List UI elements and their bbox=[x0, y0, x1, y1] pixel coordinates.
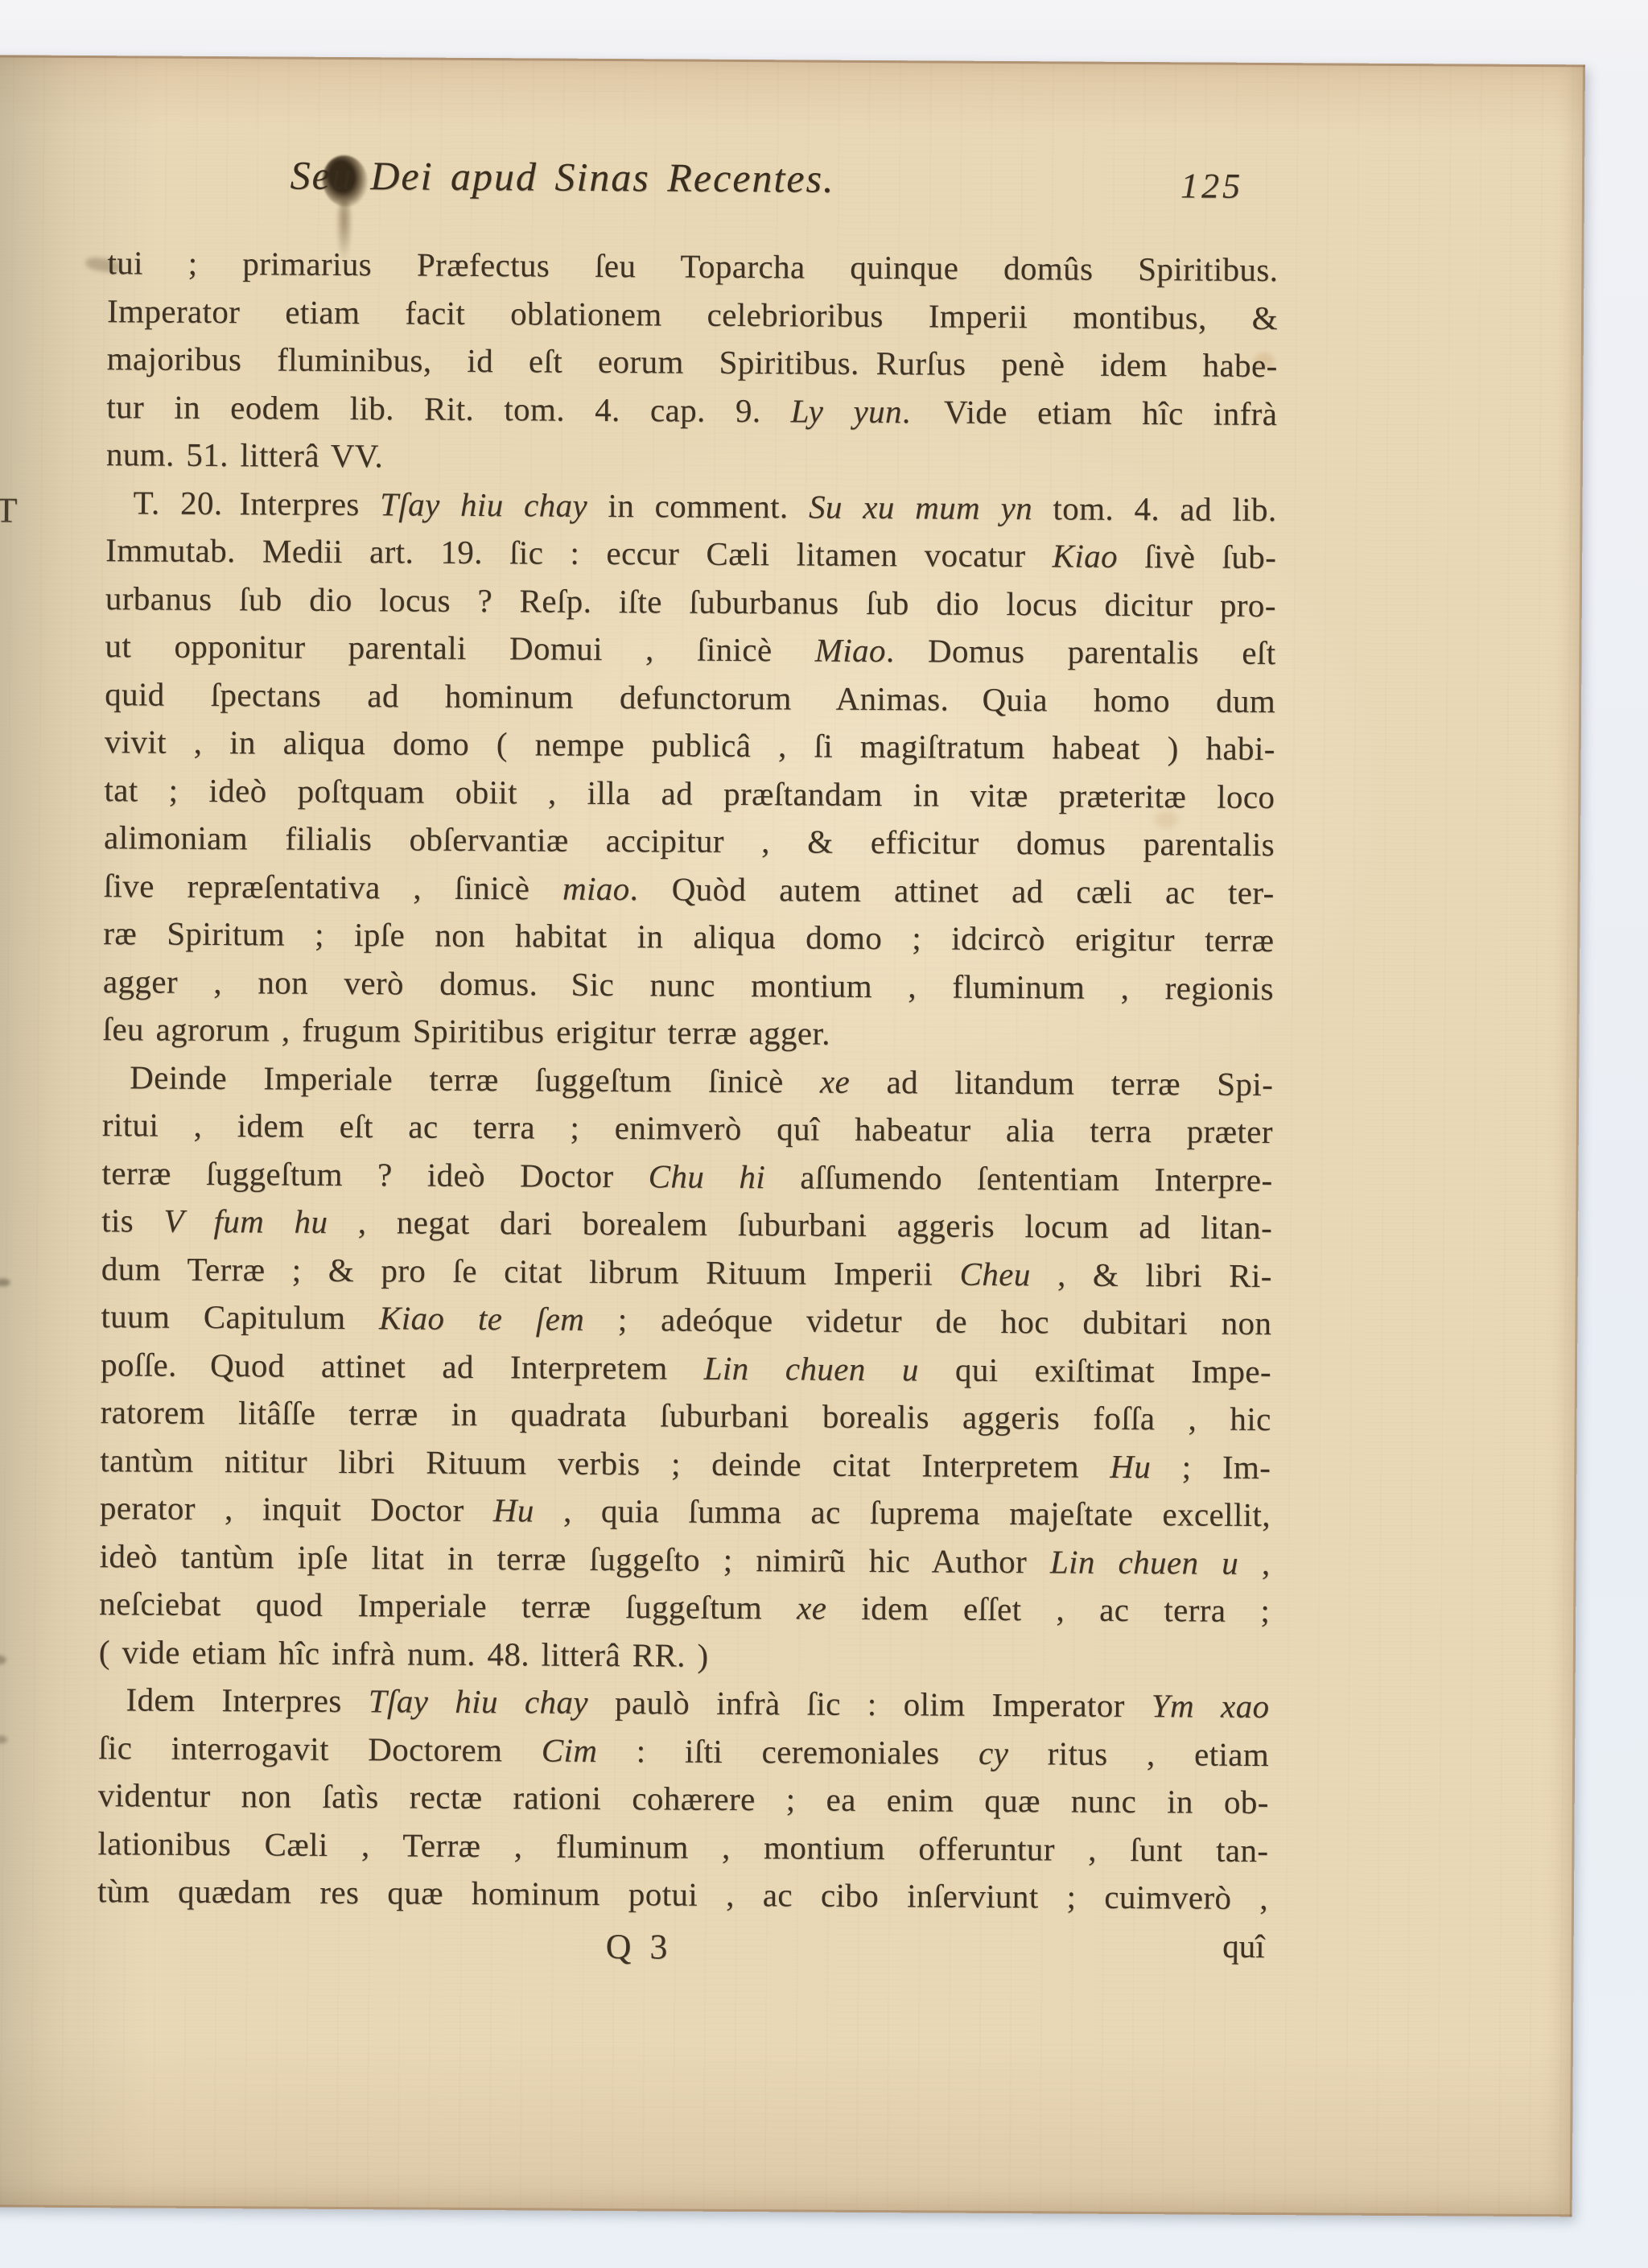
body-line: tat ; ideò poſtquam obiit , illa ad præſ… bbox=[104, 769, 1275, 824]
margin-letter: T bbox=[0, 489, 18, 530]
body-line: ideò tantùm ipſe litat in terræ ſuggeſto… bbox=[99, 1536, 1270, 1590]
body-line: ritui , idem eſt ac terra ; enimverò quî… bbox=[102, 1104, 1273, 1159]
footer-row: Q 3quî bbox=[97, 1919, 1267, 1976]
body-line: tis V fum hu , negat dari borealem ſubur… bbox=[101, 1200, 1272, 1255]
body-line: ſeu agrorum , frugum Spiritibus erigitur… bbox=[102, 1008, 1273, 1063]
ink-stain bbox=[0, 1655, 6, 1664]
body-line: tùm quædam res quæ hominum potui , ac ci… bbox=[97, 1870, 1268, 1925]
body-line: lationibus Cæli , Terræ , fluminum , mon… bbox=[97, 1823, 1268, 1878]
body-line: dum Terræ ; & pro ſe citat librum Rituum… bbox=[101, 1248, 1272, 1303]
body-line: T. 20. Interpres Tſay hiu chay in commen… bbox=[105, 482, 1276, 537]
paper-sheet: Seu Dei apud Sinas Recentes. 125 T tui ;… bbox=[0, 55, 1585, 2216]
signature-mark: Q 3 bbox=[606, 1927, 673, 1968]
ink-stain bbox=[0, 1735, 7, 1743]
body-line: tui ; primarius Præfectus ſeu Toparcha q… bbox=[107, 242, 1278, 297]
body-line: Deinde Imperiale terræ ſuggeſtum ſinicè … bbox=[102, 1057, 1273, 1111]
catchword: quî bbox=[1222, 1925, 1265, 1965]
body-line: majoribus fluminibus, id eſt eorum Spiri… bbox=[106, 338, 1277, 393]
body-line: urbanus ſub dio locus ? Reſp. iſte ſubur… bbox=[105, 578, 1276, 633]
body-line: Imperator etiam facit oblationem celebri… bbox=[107, 291, 1278, 345]
body-line: ræ Spiritum ; ipſe non habitat in aliqua… bbox=[103, 913, 1274, 967]
body-line: tantùm nititur libri Rituum verbis ; dei… bbox=[100, 1440, 1271, 1495]
body-line: terræ ſuggeſtum ? ideò Doctor Chu hi aſſ… bbox=[101, 1153, 1272, 1207]
body-line: quid ſpectans ad hominum defunctorum Ani… bbox=[105, 674, 1275, 728]
body-line: ( vide etiam hîc infrà num. 48. litterâ … bbox=[99, 1631, 1270, 1686]
body-line: perator , inquit Doctor Hu , quia ſumma … bbox=[100, 1487, 1271, 1542]
body-line: neſciebat quod Imperiale terræ ſuggeſtum… bbox=[99, 1583, 1270, 1638]
body-line: alimoniam filialis obſervantiæ accipitur… bbox=[104, 817, 1275, 872]
body-line: Idem Interpres Tſay hiu chay paulò infrà… bbox=[98, 1679, 1269, 1734]
body-line: ut opponitur parentali Domui , ſinicè Mi… bbox=[105, 625, 1275, 680]
body-line: videntur non ſatìs rectæ rationi cohærer… bbox=[98, 1775, 1269, 1829]
body-line: num. 51. litterâ VV. bbox=[106, 434, 1277, 489]
body-line: ratorem litâſſe terræ in quadrata ſuburb… bbox=[100, 1392, 1271, 1446]
ink-stain bbox=[0, 1278, 10, 1286]
text-block: tui ; primarius Præfectus ſeu Toparcha q… bbox=[97, 242, 1278, 1975]
body-line: ſic interrogavit Doctorem Cim : iſti cer… bbox=[98, 1727, 1269, 1782]
book-page-scan: Seu Dei apud Sinas Recentes. 125 T tui ;… bbox=[0, 0, 1648, 2268]
body-line: Immutab. Medii art. 19. ſic : eccur Cæli… bbox=[105, 530, 1276, 584]
page-header: Seu Dei apud Sinas Recentes. bbox=[160, 151, 965, 203]
body-line: tur in eodem lib. Rit. tom. 4. cap. 9. L… bbox=[106, 386, 1277, 441]
body-line: poſſe. Quod attinet ad Interpretem Lin c… bbox=[101, 1344, 1271, 1399]
body-line: ſive repræſentativa , ſinicè miao. Quòd … bbox=[103, 865, 1274, 920]
page-number: 125 bbox=[1180, 165, 1243, 206]
body-line: agger , non verò domus. Sic nunc montium… bbox=[103, 961, 1274, 1016]
body-line: tuum Capitulum Kiao te ſem ; adeóque vid… bbox=[101, 1296, 1271, 1350]
body-line: vivit , in aliqua domo ( nempe publicâ ,… bbox=[105, 721, 1275, 776]
running-title: Seu Dei apud Sinas Recentes. bbox=[290, 153, 834, 201]
